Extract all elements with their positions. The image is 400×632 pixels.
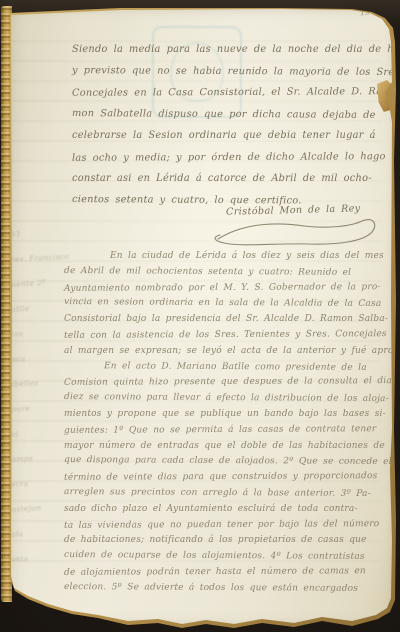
entry-1874-04-16: En la ciudad de Lérida á los diez y seis… — [64, 251, 380, 599]
manuscript-line: sado dicho plazo el Ayuntamiento escluir… — [64, 504, 380, 520]
manuscript-line: de Abril de mil ochocientos setenta y cu… — [64, 266, 380, 284]
manuscript-page: 19 Siendo la media para las nueve de la … — [0, 0, 400, 632]
manuscript-line: celebrarse la Sesion ordinaria que debia… — [72, 130, 382, 152]
manuscript-line: Siendo la media para las nueve de la noc… — [72, 44, 382, 66]
manuscript-line: guientes: 1º Que no se permita á las cas… — [64, 424, 380, 441]
manuscript-line: cuiden de ocuparse de los alojamientos. … — [64, 550, 380, 568]
manuscript-line: arreglen sus precintos con arreglo á la … — [64, 487, 380, 505]
manuscript-line: tella con la asistencia de los Sres. Ten… — [64, 329, 380, 346]
manuscript-line: de alojamientos podrán tener hasta el nú… — [64, 566, 380, 583]
manuscript-line: Consistorial bajo la presidencia del Sr.… — [64, 314, 380, 330]
manuscript-line: constar asi en Lérida á catorce de Abril… — [72, 173, 382, 195]
manuscript-line: mon Salbatella dispuso que por dicha cau… — [72, 108, 382, 131]
manuscript-line: Concejales en la Casa Consistorial, el S… — [72, 86, 382, 109]
margin-bleedthrough-notes: XVI Sres. Francisco Fuente 2º Batlle Mon… — [6, 228, 86, 578]
manuscript-line: diez se convino para llevar á efecto la … — [64, 392, 380, 410]
manuscript-line: y previsto que no se habia reunido la ma… — [72, 65, 382, 88]
entry-1874-04-14: Siendo la media para las nueve de la noc… — [72, 44, 382, 216]
manuscript-line: de habitaciones; notificando á los propi… — [64, 535, 380, 551]
signature-flourish — [212, 213, 380, 253]
manuscript-line: eleccion. 5º Se advierte á todos los que… — [64, 582, 380, 600]
manuscript-line: término de veinte dias para que construi… — [64, 471, 380, 488]
manuscript-line: las ocho y media; y por órden de dicho A… — [72, 151, 382, 174]
scanned-manuscript-photo: 19 Siendo la media para las nueve de la … — [0, 0, 400, 632]
manuscript-line: vincia en sesion ordinaria en la sala de… — [64, 297, 380, 315]
manuscript-line: ta las viviendas que no puedan tener por… — [64, 519, 380, 536]
manuscript-line: mientos y propone que se publique un ban… — [64, 409, 380, 425]
margin-note: Fonts — [5, 551, 86, 580]
manuscript-line: mayor número de entradas que el doble de… — [64, 441, 380, 457]
manuscript-line: En la ciudad de Lérida á los diez y seis… — [64, 251, 380, 267]
manuscript-line: al margen se expresan; se leyó el acta d… — [64, 346, 380, 362]
